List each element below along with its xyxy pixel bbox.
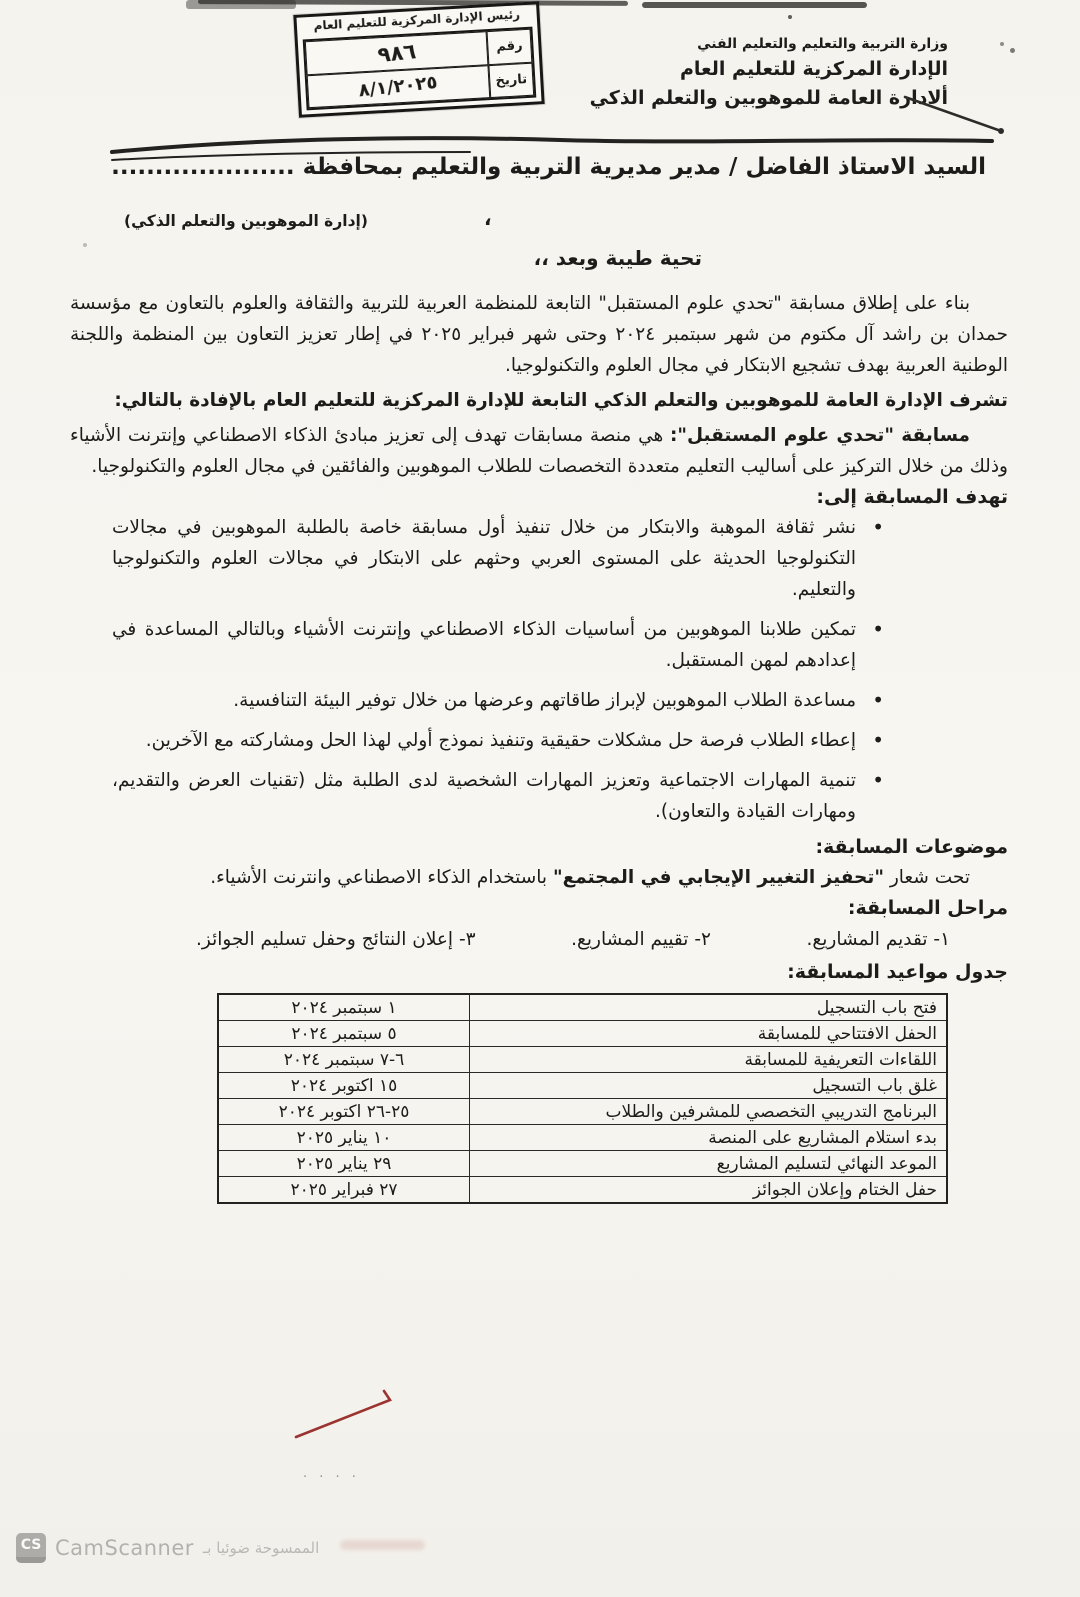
topics-paragraph: تحت شعار "تحفيز التغيير الإيجابي في المج… <box>70 862 1008 893</box>
table-row: البرنامج التدريبي التخصصي للمشرفين والطل… <box>218 1099 947 1125</box>
table-row: الحفل الافتتاحي للمسابقة ٥ سبتمبر ٢٠٢٤ <box>218 1021 947 1047</box>
goal-item: إعطاء الطلاب فرصة حل مشكلات حقيقية وتنفي… <box>112 725 886 756</box>
stage-2: ٢- تقييم المشاريع. <box>571 925 711 955</box>
event-cell: غلق باب التسجيل <box>470 1073 948 1099</box>
salutation-line: السيد الاستاذ الفاضل / مدير مديرية الترب… <box>40 154 986 180</box>
red-pen-checkmark <box>296 1391 390 1437</box>
intro-paragraph: بناء على إطلاق مسابقة "تحدي علوم المستقب… <box>70 288 1008 381</box>
stamp-number-label: رقم <box>487 29 533 65</box>
date-cell: ١٥ اكتوبر ٢٠٢٤ <box>218 1073 470 1099</box>
table-row: بدء استلام المشاريع على المنصة ١٠ يناير … <box>218 1125 947 1151</box>
stray-ink-dots: . . . . <box>303 1466 360 1481</box>
goal-item: مساعدة الطلاب الموهوبين لإبراز طاقاتهم و… <box>112 685 886 716</box>
stages-row: ١- تقديم المشاريع. ٢- تقييم المشاريع. ٣-… <box>70 923 1008 957</box>
topics-lead: تحت شعار <box>884 867 970 888</box>
scanned-letter-page: وزارة التربية والتعليم والتعليم الفني ال… <box>0 0 1080 1597</box>
definition-lead: مسابقة "تحدي علوم المستقبل": <box>670 425 970 446</box>
date-cell: ٢٩ يناير ٢٠٢٥ <box>218 1151 470 1177</box>
scan-speck <box>788 15 792 19</box>
event-cell: بدء استلام المشاريع على المنصة <box>470 1125 948 1151</box>
scan-smudge <box>186 0 296 9</box>
greeting-line: تحية طيبة وبعد ،، <box>534 246 702 270</box>
table-row: الموعد النهائي لتسليم المشاريع ٢٩ يناير … <box>218 1151 947 1177</box>
topics-heading: موضوعات المسابقة: <box>70 836 1008 858</box>
table-row: فتح باب التسجيل ١ سبتمبر ٢٠٢٤ <box>218 994 947 1021</box>
table-row: اللقاءات التعريفية للمسابقة ٦-٧ سبتمبر ٢… <box>218 1047 947 1073</box>
stage-3: ٣- إعلان النتائج وحفل تسليم الجوائز. <box>196 925 476 955</box>
goal-item: نشر ثقافة الموهبة والابتكار من خلال تنفي… <box>112 512 886 605</box>
date-cell: ١٠ يناير ٢٠٢٥ <box>218 1125 470 1151</box>
letter-body: بناء على إطلاق مسابقة "تحدي علوم المستقب… <box>70 288 1008 1204</box>
competition-definition: مسابقة "تحدي علوم المستقبل": هي منصة مسا… <box>70 420 1008 482</box>
header-separator-line <box>112 138 992 152</box>
registration-stamp: رئيس الإدارة المركزية للتعليم العام رقم … <box>293 1 544 118</box>
event-cell: البرنامج التدريبي التخصصي للمشرفين والطل… <box>470 1099 948 1125</box>
stamp-grid: رقم ٩٨٦ تاريخ ٨/١/٢٠٢٥ <box>303 27 537 111</box>
event-cell: الموعد النهائي لتسليم المشاريع <box>470 1151 948 1177</box>
date-cell: ٦-٧ سبتمبر ٢٠٢٤ <box>218 1047 470 1073</box>
goals-list: نشر ثقافة الموهبة والابتكار من خلال تنفي… <box>70 512 1008 827</box>
sub-salutation: (إدارة الموهوبين والتعلم الذكي) <box>124 212 368 230</box>
schedule-heading: جدول مواعيد المسابقة: <box>70 961 1008 983</box>
stamp-date-label: تاريخ <box>488 62 534 98</box>
camscanner-brand-text: CamScanner <box>55 1536 194 1560</box>
ministry-name: وزارة التربية والتعليم والتعليم الفني <box>590 34 948 55</box>
camscanner-arabic-text: الممسوحة ضوئيا بـ <box>203 1539 319 1557</box>
event-cell: فتح باب التسجيل <box>470 994 948 1021</box>
schedule-table: فتح باب التسجيل ١ سبتمبر ٢٠٢٤ الحفل الاف… <box>217 993 948 1204</box>
date-cell: ٢٥-٢٦ اكتوبر ٢٠٢٤ <box>218 1099 470 1125</box>
topics-slogan: "تحفيز التغيير الإيجابي في المجتمع" <box>553 867 884 888</box>
event-cell: حفل الختام وإعلان الجوائز <box>470 1177 948 1204</box>
event-cell: اللقاءات التعريفية للمسابقة <box>470 1047 948 1073</box>
topics-rest: باستخدام الذكاء الاصطناعي وانترنت الأشيا… <box>210 867 553 888</box>
goal-item: تمكين طلابنا الموهوبين من أساسيات الذكاء… <box>112 614 886 676</box>
scan-smudge <box>642 2 867 8</box>
gifted-administration: ألادارة العامة للموهوبين والتعلم الذكي <box>590 84 948 113</box>
stage-1: ١- تقديم المشاريع. <box>807 925 950 955</box>
date-cell: ٥ سبتمبر ٢٠٢٤ <box>218 1021 470 1047</box>
scan-speck <box>1000 42 1004 46</box>
camscanner-logo-icon: CS <box>16 1533 46 1563</box>
event-cell: الحفل الافتتاحي للمسابقة <box>470 1021 948 1047</box>
stages-heading: مراحل المسابقة: <box>70 897 1008 919</box>
goal-item: تنمية المهارات الاجتماعية وتعزيز المهارا… <box>112 765 886 827</box>
date-cell: ١ سبتمبر ٢٠٢٤ <box>218 994 470 1021</box>
table-row: غلق باب التسجيل ١٥ اكتوبر ٢٠٢٤ <box>218 1073 947 1099</box>
date-cell: ٢٧ فبراير ٢٠٢٥ <box>218 1177 470 1204</box>
pen-line-blot <box>998 128 1004 134</box>
scan-speck <box>1010 48 1015 53</box>
table-row: حفل الختام وإعلان الجوائز ٢٧ فبراير ٢٠٢٥ <box>218 1177 947 1204</box>
pink-smear <box>340 1540 425 1550</box>
ministry-header: وزارة التربية والتعليم والتعليم الفني ال… <box>590 34 948 112</box>
notice-line: تشرف الإدارة العامة للموهوبين والتعلم ال… <box>70 385 1008 416</box>
goals-heading: تهدف المسابقة إلى: <box>70 486 1008 508</box>
stray-comma: ، <box>484 206 492 230</box>
scan-speck <box>83 243 87 247</box>
camscanner-watermark: CS CamScanner الممسوحة ضوئيا بـ <box>16 1533 319 1563</box>
central-administration: الإدارة المركزية للتعليم العام <box>590 55 948 84</box>
